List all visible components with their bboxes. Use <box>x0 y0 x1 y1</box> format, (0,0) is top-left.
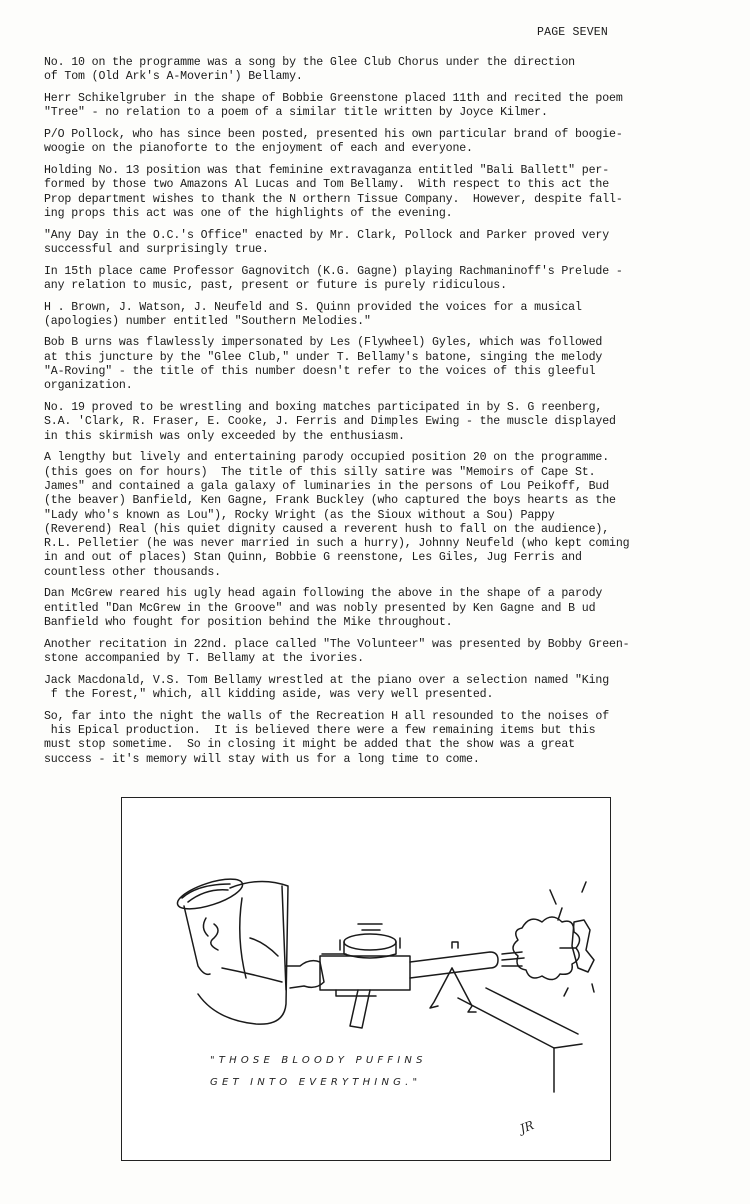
paragraph: Another recitation in 22nd. place called… <box>44 638 734 667</box>
paragraph: H . Brown, J. Watson, J. Neufeld and S. … <box>44 301 734 330</box>
paragraph: So, far into the night the walls of the … <box>44 710 734 767</box>
machine-gun-soldier-drawing <box>122 798 612 1162</box>
document-page: PAGE SEVEN No. 10 on the programme was a… <box>0 0 750 1204</box>
paragraph: No. 19 proved to be wrestling and boxing… <box>44 401 734 444</box>
paragraph: Bob B urns was flawlessly impersonated b… <box>44 336 734 393</box>
paragraph: P/O Pollock, who has since been posted, … <box>44 128 734 157</box>
paragraph: In 15th place came Professor Gagnovitch … <box>44 265 734 294</box>
paragraph: Jack Macdonald, V.S. Tom Bellamy wrestle… <box>44 674 734 703</box>
page-number: PAGE SEVEN <box>537 26 608 39</box>
paragraph: Holding No. 13 position was that feminin… <box>44 164 734 221</box>
paragraph: No. 10 on the programme was a song by th… <box>44 56 734 85</box>
cartoon-illustration: "THOSE BLOODY PUFFINS GET INTO EVERYTHIN… <box>121 797 611 1161</box>
caption-line-1: "THOSE BLOODY PUFFINS <box>210 1055 427 1066</box>
cartoon-caption: "THOSE BLOODY PUFFINS GET INTO EVERYTHIN… <box>210 1050 427 1094</box>
paragraph: Dan McGrew reared his ugly head again fo… <box>44 587 734 630</box>
caption-line-2: GET INTO EVERYTHING." <box>210 1077 421 1088</box>
paragraph: "Any Day in the O.C.'s Office" enacted b… <box>44 229 734 258</box>
paragraph: Herr Schikelgruber in the shape of Bobbi… <box>44 92 734 121</box>
article-body: No. 10 on the programme was a song by th… <box>44 56 734 774</box>
paragraph: A lengthy but lively and entertaining pa… <box>44 451 734 580</box>
